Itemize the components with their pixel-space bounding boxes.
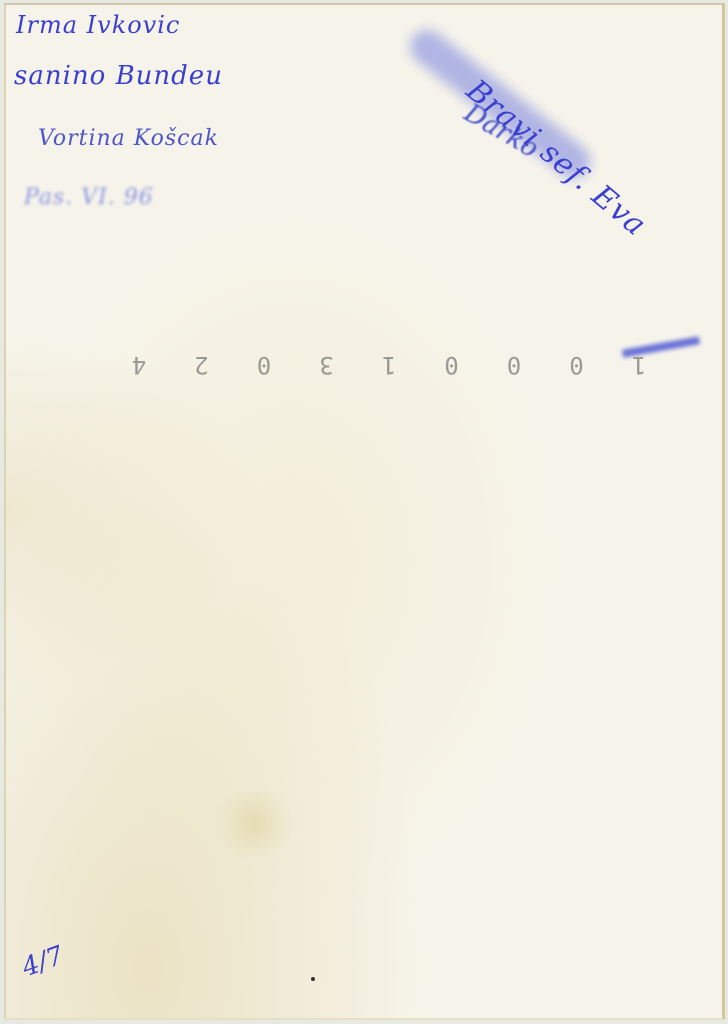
stamp-digit: 0 bbox=[254, 351, 274, 379]
stamp-digit: 4 bbox=[129, 351, 149, 379]
stamp-digit: 1 bbox=[379, 351, 399, 379]
stamp-digit: 2 bbox=[192, 351, 212, 379]
handwriting-line-3: Vortina Košcak bbox=[38, 126, 219, 151]
speck bbox=[311, 977, 315, 981]
stamp-digit: 0 bbox=[504, 351, 524, 379]
stamp-digit: 0 bbox=[567, 351, 587, 379]
photo-back: Irma Ivkovic sanino Bundeu Vortina Košca… bbox=[4, 3, 725, 1020]
stamped-number: 1 0 0 0 1 3 0 2 4 bbox=[129, 345, 649, 385]
corner-mark: 4/7 bbox=[18, 942, 67, 983]
handwriting-line-2: sanino Bundeu bbox=[14, 61, 223, 91]
stamp-digit: 3 bbox=[317, 351, 337, 379]
handwriting-line-1: Irma Ivkovic bbox=[16, 11, 180, 39]
handwriting-diagonal: Bravi sef. Eva bbox=[460, 73, 654, 243]
stamp-digit: 1 bbox=[629, 351, 649, 379]
handwriting-line-4-faded: Pas. VI. 96 bbox=[24, 185, 154, 210]
stamp-digit: 0 bbox=[442, 351, 462, 379]
age-stain bbox=[204, 783, 304, 863]
